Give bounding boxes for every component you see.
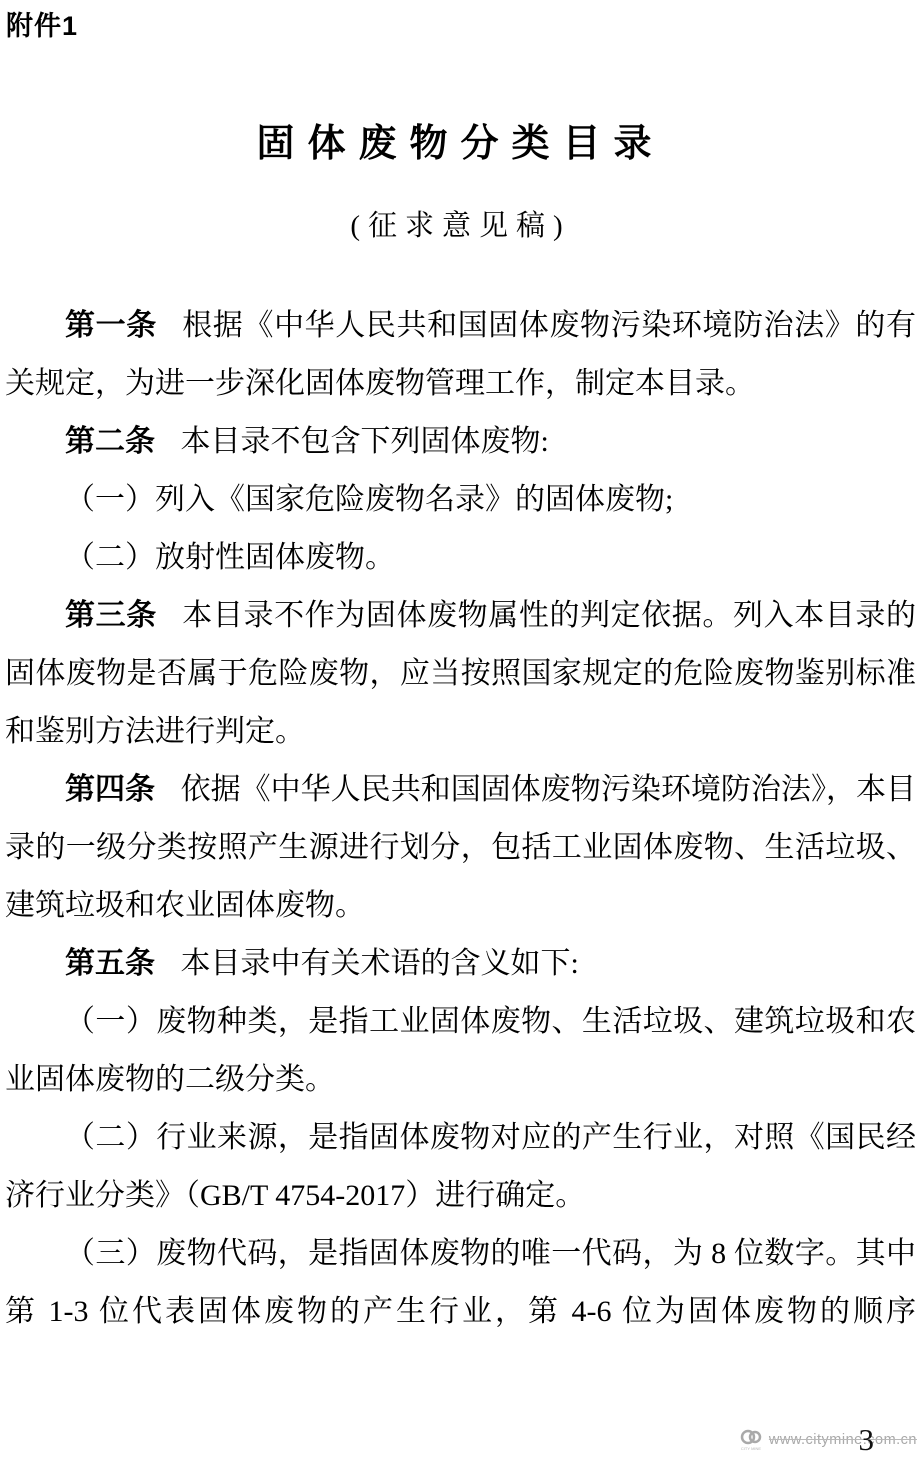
paragraph: （一）列入《国家危险废物名录》的固体废物;	[5, 471, 916, 529]
clause-label: 第三条	[65, 599, 157, 632]
paragraph: 第四条依据《中华人民共和国固体废物污染环境防治法》，本目录的一级分类按照产生源进…	[5, 761, 916, 935]
document-body: 第一条根据《中华人民共和国固体废物污染环境防治法》的有关规定，为进一步深化固体废…	[5, 297, 916, 1341]
attachment-label: 附件1	[6, 4, 78, 43]
paragraph: （一）废物种类，是指工业固体废物、生活垃圾、建筑垃圾和农业固体废物的二级分类。	[5, 993, 916, 1109]
clause-label: 第一条	[65, 309, 157, 342]
page-number: 3	[859, 1422, 875, 1458]
paragraph: （二）行业来源，是指固体废物对应的产生行业，对照《国民经济行业分类》（GB/T …	[5, 1109, 916, 1225]
paragraph-text: 本目录不包含下列固体废物:	[181, 425, 549, 458]
paragraph-text: （二）行业来源，是指固体废物对应的产生行业，对照《国民经济行业分类》（GB/T …	[5, 1121, 916, 1212]
document-subtitle: (征求意见稿)	[0, 203, 921, 244]
document-page: 附件1 固体废物分类目录 (征求意见稿) 第一条根据《中华人民共和国固体废物污染…	[0, 0, 921, 1464]
watermark: CITY MINE www.citymine.com.cn	[740, 1429, 917, 1451]
paragraph-text: （三）废物代码，是指固体废物的唯一代码，为 8 位数字。其中第 1-3 位代表固…	[5, 1237, 916, 1328]
clause-label: 第四条	[65, 773, 155, 806]
document-title: 固体废物分类目录	[0, 112, 921, 167]
clause-label: 第五条	[65, 947, 155, 980]
paragraph-text: （一）列入《国家危险废物名录》的固体废物;	[65, 483, 673, 516]
paragraph: （三）废物代码，是指固体废物的唯一代码，为 8 位数字。其中第 1-3 位代表固…	[5, 1225, 916, 1341]
paragraph: （二）放射性固体废物。	[5, 529, 916, 587]
clause-label: 第二条	[65, 425, 155, 458]
citymine-logo-icon: CITY MINE	[740, 1429, 762, 1451]
paragraph: 第五条本目录中有关术语的含义如下:	[5, 935, 916, 993]
paragraph: 第一条根据《中华人民共和国固体废物污染环境防治法》的有关规定，为进一步深化固体废…	[5, 297, 916, 413]
paragraph-text: （二）放射性固体废物。	[65, 541, 395, 574]
watermark-logo-caption: CITY MINE	[741, 1446, 761, 1451]
watermark-url: www.citymine.com.cn	[769, 1432, 917, 1448]
paragraph: 第三条本目录不作为固体废物属性的判定依据。列入本目录的固体废物是否属于危险废物，…	[5, 587, 916, 761]
paragraph-text: （一）废物种类，是指工业固体废物、生活垃圾、建筑垃圾和农业固体废物的二级分类。	[5, 1005, 916, 1096]
paragraph: 第二条本目录不包含下列固体废物:	[5, 413, 916, 471]
paragraph-text: 本目录中有关术语的含义如下:	[181, 947, 579, 980]
